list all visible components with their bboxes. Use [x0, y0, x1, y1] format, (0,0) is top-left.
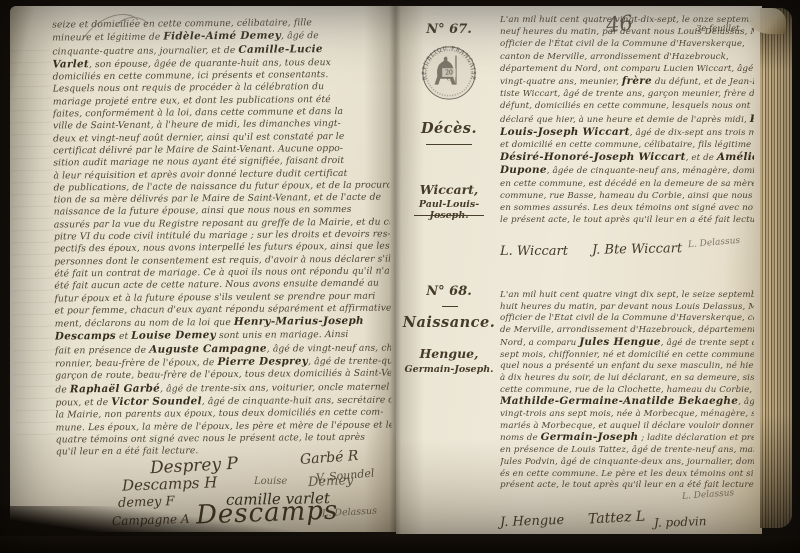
handwritten-line: de publications, de l'acte de naissance …: [54, 179, 390, 194]
handwritten-line: sition audit mariage ne nous ayant été s…: [53, 155, 389, 170]
handwritten-line: Dupone, âgée de cinquante-neuf ans, ména…: [500, 164, 754, 177]
handwritten-line: à dix heures du soir, de lui déclarant, …: [500, 373, 754, 385]
handwritten-line: qu'il leur en a été fait lecture.: [56, 444, 392, 459]
handwritten-line: quatre témoins ont signé avec nous le pr…: [56, 431, 392, 446]
handwritten-line: mariage projeté entre eux, et dont les p…: [53, 93, 389, 108]
act68-margin: N° 68. Naissance. Hengue, Germain-Joseph…: [400, 284, 498, 414]
handwritten-line: ronnier, beau-frère de l'époux, de Pierr…: [55, 355, 391, 371]
handwritten-line: et domicilié en cette commune, célibatai…: [500, 139, 754, 151]
handwritten-line: cinquante-quatre ans, journalier, et de …: [52, 42, 388, 58]
handwritten-line: Jules Podvin, âgé de cinquante-deux ans,…: [500, 457, 754, 469]
handwritten-line: faites, conformément à la loi, dans cett…: [53, 106, 389, 121]
page-stack-fore-edge: [760, 8, 792, 528]
handwritten-line: és en cette commune. Le père et les deux…: [500, 469, 754, 481]
death-act-text: L'an mil huit cent quatre vingt-dix-sept…: [500, 14, 754, 226]
marriage-act-text: seize et domiciliée en cette commune, cé…: [52, 17, 392, 459]
birth-act-text: L'an mil huit cent quatre vingt dix sept…: [500, 290, 754, 492]
act68-forenames: Germain-Joseph.: [400, 364, 498, 375]
handwritten-line: Descamps et Louise Demey sont unis en ma…: [55, 328, 391, 344]
death-act-signatures: L. WiccartJ. Bte WiccartL. Delassus: [500, 238, 754, 270]
handwritten-line: présent acte, le tout après qu'il leur e…: [500, 480, 754, 492]
handwritten-line: cette commune, rue de la Clochette, hame…: [500, 385, 754, 397]
signature: J. Bte Wiccart: [592, 241, 682, 258]
handwritten-line: en sommes assurés. Les deux témoins ont …: [500, 202, 754, 214]
act68-surname: Hengue,: [400, 346, 498, 361]
handwritten-line: Lesquels nous ont requis de procéder à l…: [53, 81, 389, 96]
handwritten-line: Mathilde-Germaine-Anatilde Bekaeghe, âgé…: [500, 396, 754, 409]
signature: J. Hengue: [500, 513, 565, 530]
signature: Tattez L: [588, 509, 646, 528]
handwritten-line: officier de l'État civil de la Commune d…: [500, 313, 754, 325]
ink-flourish: [76, 6, 156, 48]
handwritten-line: commune, rue Basse, hameau du Corbie, ai…: [500, 190, 754, 202]
act67-forenames: Paul-Louis-Joseph.: [400, 199, 498, 221]
handwritten-line: naissance de la future épouse, ainsi que…: [54, 204, 390, 219]
signature: L. Wiccart: [500, 244, 568, 259]
handwritten-line: quel nous a présenté un enfant du sexe m…: [500, 361, 754, 373]
handwritten-line: mineure et légitime de Fidèle-Aimé Demey…: [52, 29, 388, 45]
open-register-book: seize et domiciliée en cette commune, cé…: [6, 4, 792, 536]
handwritten-line: défunt, domiciliés en cette commune, les…: [500, 100, 754, 112]
handwritten-line: mune. Les époux, la mère de l'époux, les…: [56, 419, 392, 434]
handwritten-line: certificat délivré par le Maire de Saint…: [53, 143, 389, 158]
handwritten-line: vingt-trois ans sept mois, née à Morbecq…: [500, 409, 754, 421]
divider: [442, 306, 458, 307]
handwritten-line: déclaré que hier, à une heure et demie d…: [500, 113, 754, 126]
handwritten-line: domiciliés en cette commune, ici présent…: [53, 69, 389, 84]
handwritten-line: canton de Merville, arrondissement d'Haz…: [500, 51, 754, 63]
handwritten-line: neuf heures du matin, par devant nous Lo…: [500, 26, 754, 38]
handwritten-line: été fait un contrat de mariage. Ce à quo…: [54, 265, 390, 280]
handwritten-line: sept mois, chiffonnier, né et domicilié …: [500, 350, 754, 362]
handwritten-line: ville de Saint-Venant, à l'heure de midi…: [53, 118, 389, 133]
svg-text:RÉPUBLIQUE: RÉPUBLIQUE: [420, 44, 448, 81]
signature: Campagne A: [112, 512, 190, 529]
handwritten-line: officier de l'État civil de la Commune d…: [500, 38, 754, 50]
handwritten-line: L'an mil huit cent quatre vingt dix sept…: [500, 290, 754, 302]
handwritten-line: département du Nord, ont comparu Lucien …: [500, 63, 754, 75]
handwritten-line: et pour femme, chacun d'eux ayant répond…: [55, 302, 391, 317]
handwritten-line: deux et vingt-neuf août dernier, ainsi q…: [53, 130, 389, 145]
birth-act-signatures: L. DelassusJ. HengueTattez LJ. podvin: [496, 488, 756, 534]
table-surface: [0, 536, 800, 553]
handwritten-line: Nord, a comparu Jules Hengue, âgé de tre…: [500, 337, 754, 350]
handwritten-line: été fait aucun acte de cette nature. Nou…: [54, 278, 390, 293]
signature: Garbé R: [300, 448, 359, 468]
signature: L. Delassus: [322, 506, 378, 520]
folio-number: 46: [605, 11, 634, 38]
handwritten-line: L'an mil huit cent quatre vingt-dix-sept…: [500, 14, 754, 26]
handwritten-line: assurés par la vue du Registre reposant …: [54, 216, 390, 231]
signature: Descamps: [196, 496, 339, 531]
handwritten-line: tiste Wiccart, âgé de trente ans, garçon…: [500, 88, 754, 100]
folio-label: 3e feuillet.: [696, 24, 742, 34]
divider: [414, 215, 484, 216]
handwritten-line: à leur réquisition et après avoir donné …: [53, 167, 389, 182]
handwritten-line: seize et domiciliée en cette commune, cé…: [52, 17, 388, 32]
handwritten-line: personnes dont le consentement est requi…: [54, 253, 390, 268]
handwritten-line: tion de sa mère délivrés par le Maire de…: [54, 192, 390, 207]
handwritten-line: en cette commune, est décédé en la demeu…: [500, 178, 754, 190]
handwritten-line: futur époux et à la future épouse s'ils …: [54, 290, 390, 305]
handwritten-line: noms de Germain-Joseph ; ladite déclarat…: [500, 432, 754, 445]
act68-number: N° 68.: [400, 284, 498, 299]
handwritten-line: garçon de route, beau-frère de l'époux, …: [55, 368, 391, 383]
right-page: 46 3e feuillet. N° 67. RÉPUBLIQUE F: [396, 6, 762, 534]
signature: L. Delassus: [688, 236, 741, 251]
signature: L. Delassus: [682, 488, 735, 502]
handwritten-line: Louis-Joseph Wiccart, âgé de dix-sept an…: [500, 126, 754, 139]
divider: [426, 144, 472, 145]
signature: demey F: [118, 494, 175, 511]
svg-text:FRANÇAISE: FRANÇAISE: [451, 46, 477, 81]
handwritten-line: Varlet, son épouse, âgée de quarante-hui…: [52, 55, 388, 71]
svg-text:20: 20: [445, 69, 453, 76]
marianne-figure: [435, 57, 456, 85]
act68-type-label: Naissance.: [400, 314, 498, 331]
signature: Desprey P: [150, 454, 239, 479]
act67-margin: N° 67. RÉPUBLIQUE FRANÇAISE: [400, 22, 498, 272]
handwritten-line: Désiré-Honoré-Joseph Wiccart, et de Amél…: [500, 151, 754, 164]
handwritten-line: pectifs des époux, nous avons interpellé…: [54, 241, 390, 256]
signature: Demey: [308, 473, 354, 490]
handwritten-line: pitre VI du code civil intitulé du maria…: [54, 229, 390, 244]
handwritten-line: ment, déclarons au nom de la loi que Hen…: [55, 315, 391, 331]
ink-bleedthrough: [9, 50, 58, 447]
handwritten-line: fait en présence de Auguste Campagne, âg…: [55, 341, 391, 357]
handwritten-line: poux, et de Victor Soundel, âgé de cinqu…: [55, 393, 391, 409]
handwritten-line: mariés à Morbecque, et auquel il déclare…: [500, 421, 754, 433]
signature: J. podvin: [654, 514, 707, 530]
handwritten-line: de Raphaël Garbé, âgé de trente-six ans,…: [55, 380, 391, 396]
act67-number: N° 67.: [400, 22, 498, 37]
signature: Louise: [254, 476, 287, 487]
handwritten-line: le présent acte, le tout après qu'il leu…: [500, 214, 754, 226]
handwritten-line: huit heures du matin, par devant nous Lo…: [500, 302, 754, 314]
left-page: seize et domiciliée en cette commune, cé…: [10, 6, 396, 532]
marriage-signatures: Desprey PGarbé RV. SoundelDescamps HLoui…: [10, 450, 396, 536]
act67-surname: Wiccart,: [400, 182, 498, 197]
signature: V. Soundel: [316, 466, 375, 484]
handwritten-line: de Merville, arrondissement d'Hazebrouck…: [500, 325, 754, 337]
signature: Descamps H: [122, 473, 218, 494]
svg-text:c.: c.: [447, 78, 451, 83]
register-photo: seize et domiciliée en cette commune, cé…: [0, 0, 800, 553]
handwritten-line: en présence de Louis Tattez, âgé de tren…: [500, 445, 754, 457]
signature: camille varlet: [226, 489, 330, 509]
republique-francaise-stamp: RÉPUBLIQUE FRANÇAISE 20 c.: [420, 44, 478, 102]
handwritten-line: la Mairie, non parents aux époux, tous d…: [55, 407, 391, 422]
act67-type-label: Décès.: [400, 120, 498, 137]
handwritten-line: vingt-quatre ans, meunier, frère du défu…: [500, 75, 754, 88]
